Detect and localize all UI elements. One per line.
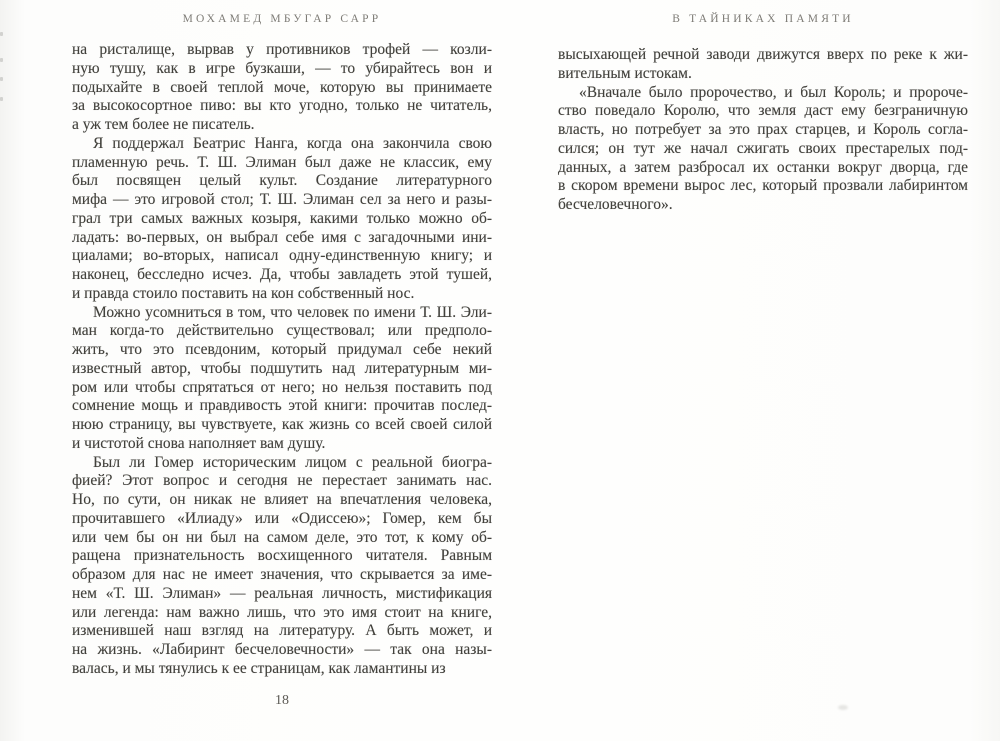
text-line: «Вначале было пророчество, и был Король;…: [558, 84, 968, 103]
text-line: изменившей наш взгляд на литературу. А б…: [72, 622, 492, 641]
text-line: подыхайте в своей теплой моче, которую в…: [72, 79, 492, 98]
text-line: грал три самых важных козыря, какими тол…: [72, 210, 492, 229]
text-line: ман когда-то действительно существовал; …: [72, 322, 492, 341]
left-page-number: 18: [72, 693, 492, 709]
text-line: власть, но потребует за это прах старцев…: [558, 121, 968, 140]
text-line: образом для нас не имеет значения, что с…: [72, 566, 492, 585]
text-line: ладать: во-первых, он выбрал себе имя с …: [72, 229, 492, 248]
text-line: нем «Т. Ш. Элиман» — реальная личность, …: [72, 585, 492, 604]
text-line: валась, и мы тянулись к ее страницам, ка…: [72, 660, 492, 679]
text-line: ращена признательность восхищенного чита…: [72, 547, 492, 566]
text-line: а уж тем более не писатель.: [72, 116, 492, 135]
text-line: бесчеловечного».: [558, 196, 968, 215]
scan-edge-artifacts: [0, 0, 6, 741]
right-running-header: В ТАЙНИКАХ ПАМЯТИ: [558, 13, 968, 25]
right-page: В ТАЙНИКАХ ПАМЯТИ высыхающей речной заво…: [558, 0, 968, 741]
text-line: Но, по сути, он никак не влияет на впеча…: [72, 491, 492, 510]
text-line: на жизнь. «Лабиринт бесчеловечности» — т…: [72, 641, 492, 660]
text-line: Я поддержал Беатрис Нанга, когда она зак…: [72, 135, 492, 154]
text-line: фией? Этот вопрос и сегодня не перестает…: [72, 472, 492, 491]
text-line: сился; он тут же начал сжигать своих пре…: [558, 140, 968, 159]
text-line: известный автор, чтобы подшутить над лит…: [72, 360, 492, 379]
text-line: ную тушу, как в игре бузкаши, — то убира…: [72, 60, 492, 79]
text-line: и правда стоило поставить на кон собстве…: [72, 285, 492, 304]
text-line: или легенда: нам важно лишь, что это имя…: [72, 604, 492, 623]
left-page: МОХАМЕД МБУГАР САРР на ристалище, вырвав…: [72, 0, 492, 741]
text-line: в скором времени вырос лес, который проз…: [558, 177, 968, 196]
right-text-block: высыхающей речной заводи движутся вверх …: [558, 46, 968, 215]
left-text-block: на ристалище, вырвав у противников трофе…: [72, 41, 492, 679]
text-line: жить, что это псевдоним, который придума…: [72, 341, 492, 360]
text-line: был посвящен целый культ. Создание литер…: [72, 172, 492, 191]
text-line: Был ли Гомер историческим лицом с реальн…: [72, 454, 492, 473]
text-line: нюю страницу, вы чувствуете, как жизнь с…: [72, 416, 492, 435]
text-line: и чистотой снова наполняет вам душу.: [72, 435, 492, 454]
text-line: ство поведало Королю, что земля даст ему…: [558, 102, 968, 121]
text-line: наконец, бесследно исчез. Да, чтобы завл…: [72, 266, 492, 285]
text-line: Можно усомниться в том, что человек по и…: [72, 304, 492, 323]
text-line: прочитавшего «Илиаду» или «Одиссею»; Гом…: [72, 510, 492, 529]
text-line: сомнение мощь и правдивость этой книги: …: [72, 397, 492, 416]
scan-smudge: [838, 705, 848, 710]
text-line: вительным истокам.: [558, 65, 968, 84]
text-line: или чем бы он ни был на самом деле, это …: [72, 529, 492, 548]
text-line: на ристалище, вырвав у противников трофе…: [72, 41, 492, 60]
text-line: ром или чтобы спрятаться от него; но нел…: [72, 379, 492, 398]
text-line: циалами; во-вторых, написал одну-единств…: [72, 247, 492, 266]
left-running-header: МОХАМЕД МБУГАР САРР: [72, 13, 492, 25]
text-line: пламенную речь. Т. Ш. Элиман был даже не…: [72, 154, 492, 173]
text-line: мифа — это игровой стол; Т. Ш. Элиман се…: [72, 191, 492, 210]
text-line: данных, а затем разбросал их останки вок…: [558, 159, 968, 178]
text-line: за высокосортное пиво: вы кто угодно, то…: [72, 97, 492, 116]
text-line: высыхающей речной заводи движутся вверх …: [558, 46, 968, 65]
book-spread: МОХАМЕД МБУГАР САРР на ристалище, вырвав…: [0, 0, 1000, 741]
